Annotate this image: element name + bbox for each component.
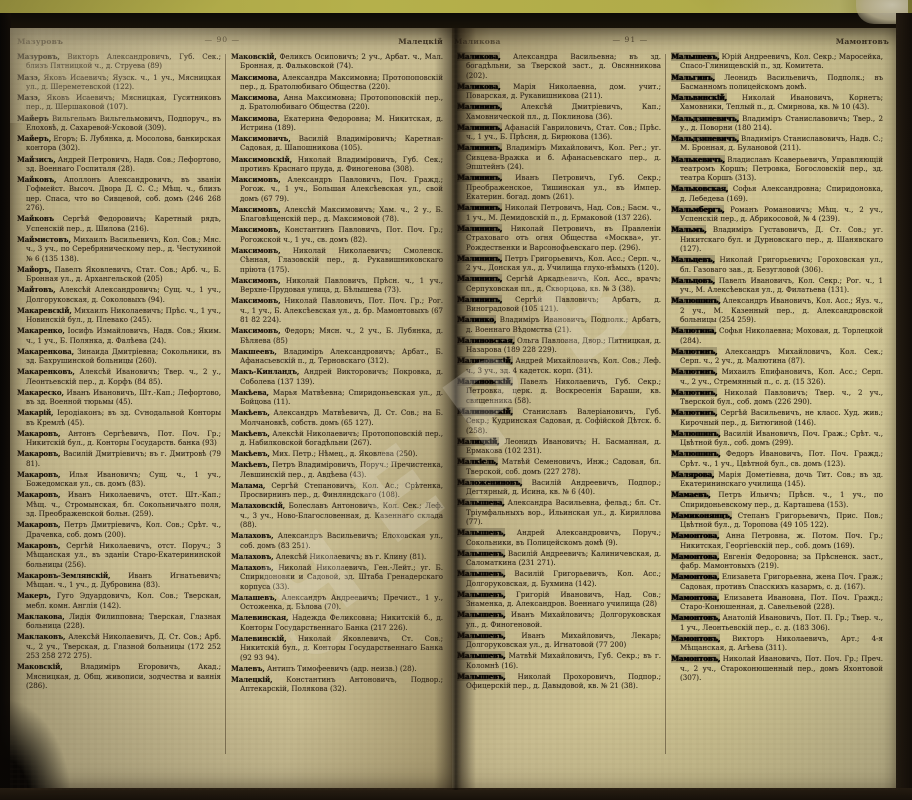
entry-surname: Малаховъ, xyxy=(231,531,274,540)
entry-surname: Майковъ, xyxy=(17,175,56,184)
directory-entry: Малецкій, Константинъ Антоновичъ, Подвор… xyxy=(231,675,443,694)
entry-details: Сергѣй Степановичъ, Кол. Ас.; Срѣтенка, … xyxy=(240,481,443,499)
entry-surname: Мальгинъ, xyxy=(671,73,715,82)
directory-entry: Максимовъ, Николай Павловичъ, Прѣсн. ч.,… xyxy=(231,276,443,295)
directory-entry: Максимова, Анна Максимовна; Протопоповск… xyxy=(231,93,443,112)
entry-surname: Малютинъ, xyxy=(671,408,717,417)
entry-details: Владиміръ Ивановичъ, Подполк.; Арбатъ, д… xyxy=(466,315,661,333)
entry-surname: Мальдзиневичъ, xyxy=(671,134,739,143)
directory-entry: Мальгинъ, Леонидъ Васильевичъ, Подполк.;… xyxy=(671,73,883,92)
entry-surname: Максимовскій, xyxy=(231,155,292,164)
entry-surname: Мазэ, xyxy=(17,93,40,102)
entry-details: Яковъ Исаевичъ; Мясницкая, Гусятниковъ п… xyxy=(26,93,221,111)
entry-surname: Мамонтова, xyxy=(671,572,719,581)
directory-entry: Мальковская, Софья Александровна; Спирид… xyxy=(671,184,883,203)
entry-surname: Макъ-Кинландъ, xyxy=(231,367,299,376)
directory-entry: Мамонтовъ, Викторъ Николаевичъ, Арт.; 4-… xyxy=(671,634,883,653)
entry-surname: Максимова, xyxy=(231,93,280,102)
directory-entry: Малевинскій, Николай Яковлевичъ, Ст. Сов… xyxy=(231,634,443,662)
entry-surname: Майеръ xyxy=(17,114,49,123)
entry-surname: Макаренкова, xyxy=(17,347,74,356)
entry-details: Егоръ; Б. Лубянка, д. Мосолова, банкирск… xyxy=(26,134,221,152)
entry-surname: Мальмъ, xyxy=(671,225,706,234)
directory-entry: Мамонтовъ, Анатолій Ивановичъ, Пот. П. Г… xyxy=(671,613,883,632)
directory-entry: Мазэ, Яковъ Исаевичъ; Мясницкая, Гусятни… xyxy=(17,93,221,112)
directory-entry: Малиновская, Ольга Павловна, Двор.; Пятн… xyxy=(457,336,661,355)
entry-surname: Майковъ xyxy=(17,214,54,223)
entry-surname: Малаховскій, xyxy=(231,501,285,510)
directory-entry: Мамонтовъ, Николай Ивановичъ, Пот. Поч. … xyxy=(671,654,883,682)
directory-entry: Малышевъ, Николай Прохоровичъ, Подпор.; … xyxy=(457,672,661,691)
entry-surname: Малецкій, xyxy=(231,675,272,684)
entry-surname: Малюшинъ, xyxy=(671,296,720,305)
text-columns-left-page: Мазуровъ, Викторъ Александровичъ, Губ. С… xyxy=(10,50,452,764)
entry-surname: Макѣевъ, xyxy=(231,429,270,438)
directory-entry: Маложениновъ, Василій Андреевичъ, Подпор… xyxy=(457,478,661,497)
directory-entry: Максимовичъ, Василій Владиміровичъ; Каре… xyxy=(231,134,443,153)
entry-surname: Малама, xyxy=(231,481,265,490)
directory-entry: Малинко, Владиміръ Ивановичъ, Подполк.; … xyxy=(457,315,661,334)
directory-entry: Малаховъ, Николай Николаевичъ, Ген.-Лейт… xyxy=(231,563,443,591)
directory-entry: Максимовъ, Николай Павловичъ, Пот. Поч. … xyxy=(231,296,443,324)
directory-entry: Майтовъ, Алексѣй Александровичъ; Сущ. ч.… xyxy=(17,285,221,304)
directory-entry: Малевинская, Надежда Феликсовна; Никитск… xyxy=(231,613,443,632)
entry-surname: Макаровъ, xyxy=(17,520,60,529)
entry-surname: Малаховъ, xyxy=(231,552,274,561)
entry-surname: Майтовъ, xyxy=(17,285,55,294)
entry-details: Андрей Петровичъ, Надв. Сов.; Лефортово,… xyxy=(26,155,221,173)
directory-entry: Макеръ, Гуго Эдуардовичъ, Кол. Сов.; Тве… xyxy=(17,591,221,610)
entry-surname: Максимовъ, xyxy=(231,276,280,285)
entry-surname: Мамонтовъ, xyxy=(671,613,720,622)
entry-surname: Малюшинъ, xyxy=(671,449,720,458)
directory-entry: Малышевъ, Иванъ Михайловичъ, Лекарь; Дол… xyxy=(457,631,661,650)
entry-surname: Мамиконянцъ, xyxy=(671,511,732,520)
directory-entry: Майзисъ, Андрей Петровичъ, Надв. Сов.; Л… xyxy=(17,155,221,174)
directory-entry: Мальцовъ, Павелъ Ивановичъ, Кол. Секр.; … xyxy=(671,276,883,295)
directory-entry: Максимовскій, Николай Владиміровичъ, Губ… xyxy=(231,155,443,174)
directory-entry: Мамонтова, Анна Петровна, ж. Потом. Поч.… xyxy=(671,531,883,550)
directory-entry: Маликова, Александра Васильевна; въ зд. … xyxy=(457,52,661,80)
entry-details: Алексѣй Александровичъ; Сущ. ч., 1 уч., … xyxy=(26,285,221,303)
directory-entry: Малиновскій, Павелъ Николаевичъ, Губ. Се… xyxy=(457,377,661,405)
entry-surname: Мальмбергъ, xyxy=(671,205,724,214)
entry-details: Вильгельмъ Вильгельмовичъ, Подпоруч., въ… xyxy=(26,114,221,132)
directory-entry: Макаренкова, Зинаида Дмитріевна; Сокольн… xyxy=(17,347,221,366)
directory-entry: Максимова, Александра Максимовна; Протоп… xyxy=(231,73,443,92)
page-right: Маликова — 91 — Мамонтовъ Маликова, Алек… xyxy=(452,28,898,790)
entry-details: Алексѣй Николаевичъ; Протопоповскій пер.… xyxy=(240,429,443,447)
entry-details: Яковъ Исаевичъ; Яузск. ч., 1 уч., Мясниц… xyxy=(26,73,221,91)
entry-surname: Малькевичъ, xyxy=(671,155,725,164)
running-head-right-page: Маликова — 91 — Мамонтовъ xyxy=(452,33,898,50)
entry-surname: Максимовъ, xyxy=(231,296,280,305)
entry-surname: Макарій, xyxy=(17,408,53,417)
entry-surname: Майоръ, xyxy=(17,265,51,274)
entry-surname: Максимовъ, xyxy=(231,175,280,184)
scan-edge-top-strip xyxy=(0,0,912,13)
page-number-left: — 90 — xyxy=(204,35,240,44)
entry-surname: Мальцевъ, xyxy=(671,255,715,264)
entry-surname: Малютинъ, xyxy=(671,367,717,376)
directory-entry: Малютинъ, Сергѣй Васильевичъ, не класс. … xyxy=(671,408,883,427)
page-number-right: — 91 — xyxy=(613,35,649,44)
directory-entry: Макѣевъ, Алексѣй Николаевичъ; Протопопов… xyxy=(231,429,443,448)
directory-entry: Макаренко, Іосифъ Измайловичъ, Надв. Сов… xyxy=(17,326,221,345)
column-rule xyxy=(225,54,226,754)
directory-entry: Малышевъ, Матвѣй Михайловичъ, Губ. Секр.… xyxy=(457,651,661,670)
directory-entry: Малининъ, Алексѣй Дмитріевичъ, Кап.; Хам… xyxy=(457,102,661,121)
entry-surname: Мамаевъ, xyxy=(671,490,710,499)
entry-details: Марья Матвѣевна; Спиридоньевская ул., д.… xyxy=(240,388,443,406)
entry-surname: Максимова, xyxy=(231,114,280,123)
entry-details: Іеродіаконъ; въ зд. Сѵнодальной Конторы … xyxy=(26,408,221,426)
directory-entry: Малиновскій, Андрей Михайловичъ, Кол. Со… xyxy=(457,356,661,375)
directory-entry: Мамаевъ, Петръ Ильичъ; Прѣсн. ч., 1 уч.,… xyxy=(671,490,883,509)
running-head-word-right: Мамонтовъ xyxy=(836,37,889,46)
directory-entry: Мамонтова, Елизавета Ивановна, Пот. Поч.… xyxy=(671,593,883,612)
directory-entry: Мазэ, Яковъ Исаевичъ; Яузск. ч., 1 уч., … xyxy=(17,73,221,92)
page-left: Мазуровъ — 90 — Малецкій Мазуровъ, Викто… xyxy=(10,28,452,790)
entry-surname: Малышевъ, xyxy=(671,52,719,61)
directory-entry: Максимовъ, Александръ Павловичъ, Поч. Гр… xyxy=(231,175,443,203)
entry-surname: Макшеевъ, xyxy=(231,347,277,356)
directory-entry: Майковъ, Аполлонъ Александровичъ, въ зва… xyxy=(17,175,221,213)
entry-surname: Мальковская, xyxy=(671,184,728,193)
directory-entry: Максимова, Екатерина Федоровна; М. Никит… xyxy=(231,114,443,133)
entry-surname: Маймистовъ, xyxy=(17,235,71,244)
directory-entry: Малышевъ, Василій Андреевичъ; Калиничевс… xyxy=(457,549,661,568)
book-gutter-shadow xyxy=(434,28,476,790)
entry-surname: Мальцовъ, xyxy=(671,276,715,285)
text-columns-right-page: Маликова, Александра Васильевна; въ зд. … xyxy=(452,50,898,764)
running-head-left-page: Мазуровъ — 90 — Малецкій xyxy=(10,33,452,50)
directory-entry: Майоръ, Павелъ Яковлевичъ, Стат. Сов.; А… xyxy=(17,265,221,284)
entry-details: Петръ Владиміровичъ, Поруч.; Пречистенка… xyxy=(240,460,443,478)
text-column-2: Маковскій, Феликсъ Осиповичъ; 2 уч., Арб… xyxy=(231,52,443,764)
directory-entry: Макаровъ-Землянскій, Иванъ Игнатьевичъ; … xyxy=(17,571,221,590)
entry-surname: Максимова, xyxy=(231,73,280,82)
directory-entry: Мамиконянцъ, Степанъ Григорьевичъ, Прис.… xyxy=(671,511,883,530)
entry-surname: Маклакова, xyxy=(17,612,65,621)
directory-entry: Макшеевъ, Владиміръ Александровичъ; Арба… xyxy=(231,347,443,366)
directory-entry: Макѣевъ, Мих. Петр.; Нѣмец., д. Яковлева… xyxy=(231,449,443,458)
directory-entry: Мальвинскій, Николай Ивановичъ, Корнетъ;… xyxy=(671,93,883,112)
entry-details: Павелъ Яковлевичъ, Стат. Сов.; Арб. ч., … xyxy=(26,265,221,283)
directory-entry: Малицкій, Леонидъ Ивановичъ; Н. Басманна… xyxy=(457,437,661,456)
directory-entry: Макаровъ, Антонъ Сергѣевичъ, Пот. Поч. Г… xyxy=(17,429,221,448)
directory-entry: Малышевъ, Василій Григорьевичъ, Кол. Асс… xyxy=(457,569,661,588)
entry-surname: Малютина, xyxy=(671,326,716,335)
directory-entry: Мамонтова, Елизавета Григорьевна, жена П… xyxy=(671,572,883,591)
directory-entry: Малькевичъ, Владиславъ Ксаверьевичъ, Упр… xyxy=(671,155,883,183)
entry-surname: Малашевъ, xyxy=(231,593,277,602)
directory-entry: Малининъ, Николай Петровичъ, Над. Сов.; … xyxy=(457,203,661,222)
entry-surname: Макаровъ, xyxy=(17,541,60,550)
directory-entry: Малюшинъ, Василій Ивановичъ, Поч. Граж.;… xyxy=(671,429,883,448)
directory-entry: Маймистовъ, Михаилъ Васильевичъ, Кол. Со… xyxy=(17,235,221,263)
directory-entry: Малининъ, Николай Петровичъ, въ Правлені… xyxy=(457,224,661,252)
directory-entry: Максимовъ, Федоръ; Мясн. ч., 2 уч., Б. Л… xyxy=(231,326,443,345)
directory-entry: Макареско, Иванъ Ивановичъ, Шт.-Кап.; Ле… xyxy=(17,388,221,407)
directory-entry: Малининъ, Афанасій Гавриловичъ, Стат. Со… xyxy=(457,123,661,142)
directory-entry: Малаховскій, Болеславъ Антоновичъ, Кол. … xyxy=(231,501,443,529)
directory-entry: Малютинъ, Михаилъ Епифановичъ, Кол. Асс.… xyxy=(671,367,883,386)
running-head-word-left: Мазуровъ xyxy=(17,37,63,46)
entry-details: Алексѣй Николаевичъ; въ г. Клину (81). xyxy=(274,552,427,561)
directory-entry: Макаревскій, Михаилъ Николаевичъ; Прѣс. … xyxy=(17,306,221,325)
entry-surname: Макѣевъ, xyxy=(231,449,270,458)
text-column-4: Малышевъ, Юрій Андреевичъ, Кол. Секр.; М… xyxy=(671,52,883,764)
directory-entry: Малининъ, Владиміръ Михайловичъ, Кол. Ре… xyxy=(457,143,661,171)
entry-surname: Максимовъ, xyxy=(231,326,280,335)
entry-surname: Малевинскій, xyxy=(231,634,286,643)
entry-surname: Мазэ, xyxy=(17,73,40,82)
directory-entry: Майковъ Сергѣй Федоровичъ; Каретный рядъ… xyxy=(17,214,221,233)
entry-surname: Максимовичъ, xyxy=(231,134,291,143)
entry-surname: Майзисъ, xyxy=(17,155,56,164)
directory-entry: Макаровъ, Василій Дмитріевичъ; въ г. Дми… xyxy=(17,449,221,468)
directory-entry: Маклакова, Лидія Филипповна; Тверская, Г… xyxy=(17,612,221,631)
entry-surname: Макѣевъ, xyxy=(231,408,270,417)
entry-surname: Макаровъ, xyxy=(17,449,60,458)
entry-surname: Мамонтова, xyxy=(671,531,719,540)
entry-surname: Макаревскій, xyxy=(17,306,72,315)
directory-entry: Майеръ Вильгельмъ Вильгельмовичъ, Подпор… xyxy=(17,114,221,133)
entry-details: Александръ Матвѣевичъ, Д. Ст. Сов.; на Б… xyxy=(240,408,443,426)
directory-entry: Малышева, Александра Васильевна, фельд.;… xyxy=(457,498,661,526)
entry-surname: Мамонтовъ, xyxy=(671,654,720,663)
directory-entry: Маклаковъ, Алексѣй Николаевичъ, Д. Ст. С… xyxy=(17,632,221,660)
directory-entry: Малышевъ, Григорій Ивановичъ, Над. Сов.;… xyxy=(457,590,661,609)
text-column-3: Маликова, Александра Васильевна; въ зд. … xyxy=(457,52,661,764)
entry-surname: Малютинъ, xyxy=(671,388,717,397)
entry-surname: Макаровъ-Землянскій, xyxy=(17,571,110,580)
directory-entry: Макаренковъ, Алексѣй Ивановичъ; Твер. ч.… xyxy=(17,367,221,386)
directory-entry: Макъ-Кинландъ, Андрей Викторовичъ; Покро… xyxy=(231,367,443,386)
entry-surname: Мазуровъ, xyxy=(17,52,60,61)
directory-entry: Малиновскій, Станиславъ Валеріановичъ, Г… xyxy=(457,407,661,435)
entry-details: Петръ Ильичъ; Прѣсн. ч., 1 уч., по Спири… xyxy=(680,490,883,508)
directory-entry: Макѣевъ, Петръ Владиміровичъ, Поруч.; Пр… xyxy=(231,460,443,479)
directory-entry: Малюшинъ, Александръ Ивановичъ, Кол. Асс… xyxy=(671,296,883,324)
entry-details: Владиміръ Густавовичъ, Д. Ст. Сов.; уг. … xyxy=(680,225,883,253)
directory-entry: Мазуровъ, Викторъ Александровичъ, Губ. С… xyxy=(17,52,221,71)
directory-entry: Малышевъ, Андрей Александровичъ, Поруч.;… xyxy=(457,528,661,547)
entry-surname: Мамонтова, xyxy=(671,552,719,561)
directory-entry: Малютина, Софья Николаевна; Моховая, д. … xyxy=(671,326,883,345)
directory-entry: Малининъ, Иванъ Петровичъ, Губ. Секр.; П… xyxy=(457,173,661,201)
directory-entry: Малама, Сергѣй Степановичъ, Кол. Ас.; Ср… xyxy=(231,481,443,500)
scan-edge-right xyxy=(896,13,912,800)
entry-surname: Макареско, xyxy=(17,388,64,397)
directory-entry: Макѣева, Марья Матвѣевна; Спиридоньевска… xyxy=(231,388,443,407)
entry-surname: Максимовъ, xyxy=(231,246,280,255)
entry-details: Гуго Эдуардовичъ, Кол. Сов.; Тверская, м… xyxy=(26,591,221,609)
directory-entry: Макаровъ, Илья Ивановичъ; Сущ. ч., 1 уч.… xyxy=(17,470,221,489)
entry-surname: Малярова, xyxy=(671,470,714,479)
directory-entry: Малаховъ, Алексѣй Николаевичъ; въ г. Кли… xyxy=(231,552,443,561)
entry-details: Аполлонъ Александровичъ, въ званіи Гофме… xyxy=(26,175,221,212)
directory-entry: Малышевъ, Юрій Андреевичъ, Кол. Секр.; М… xyxy=(671,52,883,71)
directory-entry: Малашевъ, Александръ Андреевичъ; Пречист… xyxy=(231,593,443,612)
entry-surname: Малаховъ, xyxy=(231,563,274,572)
directory-entry: Малевъ, Антипъ Тимофеевичъ (адр. неизв.)… xyxy=(231,664,443,673)
entry-details: Антипъ Тимофеевичъ (адр. неизв.) (28). xyxy=(265,664,417,673)
directory-entry: Максимовъ, Николай Николаевичъ; Смоленск… xyxy=(231,246,443,274)
directory-entry: Максимовъ, Константинъ Павловичъ, Пот. П… xyxy=(231,225,443,244)
directory-entry: Малининъ, Петръ Григорьевичъ, Кол. Асс.;… xyxy=(457,254,661,273)
entry-surname: Малютинъ, xyxy=(671,347,717,356)
directory-entry: Макѣевъ, Александръ Матвѣевичъ, Д. Ст. С… xyxy=(231,408,443,427)
directory-entry: Малышевъ, Иванъ Михайловичъ; Долгоруковс… xyxy=(457,610,661,629)
entry-surname: Макеръ, xyxy=(17,591,51,600)
entry-surname: Мальвинскій, xyxy=(671,93,727,102)
directory-entry: Малкіель, Матвѣй Семеновичъ, Инж.; Садов… xyxy=(457,457,661,476)
entry-surname: Макаровъ, xyxy=(17,490,60,499)
entry-surname: Малюшинъ, xyxy=(671,429,720,438)
directory-entry: Малютинъ, Александръ Михайловичъ, Кол. С… xyxy=(671,347,883,366)
directory-entry: Макаровъ, Сергѣй Николаевичъ, отст. Пору… xyxy=(17,541,221,569)
entry-surname: Мамонтова, xyxy=(671,593,719,602)
entry-surname: Майеръ, xyxy=(17,134,51,143)
entry-surname: Макаровъ, xyxy=(17,429,60,438)
directory-entry: Мамонтова, Евгенія Федоровна; за Прѣснен… xyxy=(671,552,883,571)
book-spread: Мазуровъ — 90 — Малецкій Мазуровъ, Викто… xyxy=(10,28,898,790)
entry-surname: Максимовъ, xyxy=(231,225,280,234)
text-column-1: Мазуровъ, Викторъ Александровичъ, Губ. С… xyxy=(17,52,221,764)
entry-surname: Макаренко, xyxy=(17,326,65,335)
directory-entry: Малининъ, Сергѣй Павловичъ; Арбатъ, д. В… xyxy=(457,295,661,314)
directory-entry: Малярова, Марія Дометіевна, дочь Тит. Со… xyxy=(671,470,883,489)
directory-entry: Мальдзиневичъ, Владиміръ Станиславовичъ;… xyxy=(671,114,883,133)
entry-surname: Мальдзиневичъ, xyxy=(671,114,739,123)
entry-surname: Мамонтовъ, xyxy=(671,634,720,643)
directory-entry: Макарій, Іеродіаконъ; въ зд. Сѵнодальной… xyxy=(17,408,221,427)
directory-entry: Максимовъ, Алексѣй Максимовичъ; Хам. ч.,… xyxy=(231,205,443,224)
directory-entry: Мальмъ, Владиміръ Густавовичъ, Д. Ст. Со… xyxy=(671,225,883,253)
directory-entry: Малининъ, Сергѣй Аркадьевичъ, Кол. Асс.,… xyxy=(457,274,661,293)
scan-corner-shadow xyxy=(0,700,70,800)
entry-surname: Малевинская, xyxy=(231,613,288,622)
entry-surname: Макаренковъ, xyxy=(17,367,75,376)
directory-entry: Мальдзиневичъ, Владиміръ Станиславовичъ,… xyxy=(671,134,883,153)
entry-surname: Малевъ, xyxy=(231,664,265,673)
entry-details: Сергѣй Федоровичъ; Каретный рядъ, Успенс… xyxy=(26,214,221,232)
directory-entry: Маликова, Марія Николаевна, дом. учит.; … xyxy=(457,82,661,101)
entry-surname: Маковскій, xyxy=(231,52,277,61)
directory-entry: Майеръ, Егоръ; Б. Лубянка, д. Мосолова, … xyxy=(17,134,221,153)
directory-entry: Малюшинъ, Федоръ Ивановичъ, Пот. Поч. Гр… xyxy=(671,449,883,468)
entry-surname: Максимовъ, xyxy=(231,205,280,214)
entry-surname: Маклаковъ, xyxy=(17,632,65,641)
directory-entry: Малаховъ, Александръ Васильевичъ; Елохов… xyxy=(231,531,443,550)
column-rule xyxy=(665,54,666,754)
directory-entry: Малютинъ, Николай Павловичъ; Твер. ч., 2… xyxy=(671,388,883,407)
entry-details: Мих. Петр.; Нѣмец., д. Яковлева (250). xyxy=(270,449,418,458)
directory-entry: Макаровъ, Петръ Дмитріевичъ, Кол. Сов.; … xyxy=(17,520,221,539)
entry-surname: Маковскій, xyxy=(17,662,63,671)
entry-surname: Макѣевъ, xyxy=(231,460,270,469)
entry-surname: Макаровъ, xyxy=(17,470,60,479)
directory-entry: Мальцевъ, Николай Григорьевичъ; Гороховс… xyxy=(671,255,883,274)
directory-entry: Макаровъ, Иванъ Николаевичъ, отст. Шт.-К… xyxy=(17,490,221,518)
directory-entry: Маковскій, Феликсъ Осиповичъ; 2 уч., Арб… xyxy=(231,52,443,71)
scanned-book-photo: Мазуровъ — 90 — Малецкій Мазуровъ, Викто… xyxy=(0,0,912,800)
directory-entry: Мальмбергъ, Романъ Романовичъ; Мѣщ. ч., … xyxy=(671,205,883,224)
entry-surname: Макѣева, xyxy=(231,388,269,397)
directory-entry: Маковскій, Владиміръ Егоровичъ, Акад.; М… xyxy=(17,662,221,690)
